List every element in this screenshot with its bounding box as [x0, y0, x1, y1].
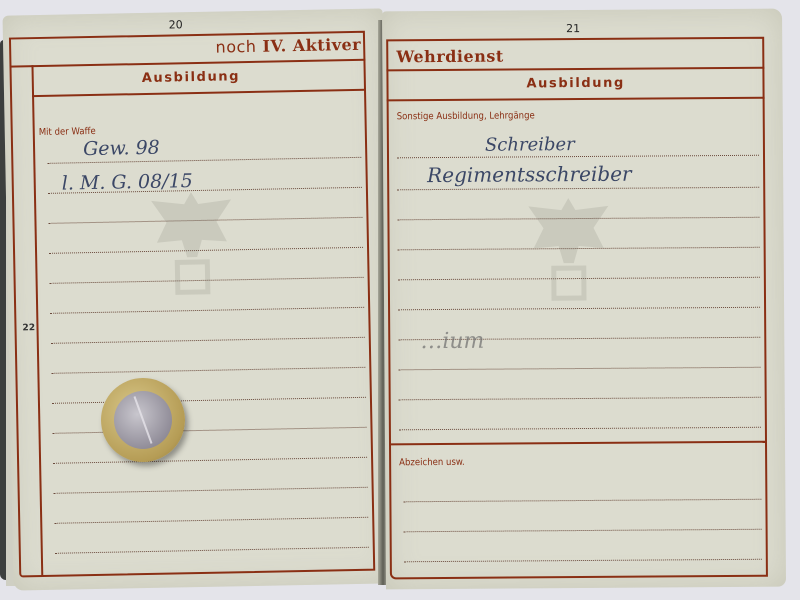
field-label-badges: Abzeichen usw.	[399, 457, 465, 468]
eagle-watermark-icon	[513, 188, 624, 309]
field-label-weapon: Mit der Waffe	[39, 126, 96, 138]
left-page: 20 noch IV. Aktiver Ausbildung Mit der W…	[3, 8, 394, 590]
right-page: 21 Wehrdienst Ausbildung Sonstige Ausbil…	[382, 9, 786, 590]
field-label-other-training: Sonstige Ausbildung, Lehrgänge	[397, 110, 535, 122]
coin-relief	[134, 396, 153, 444]
header-title: IV. Aktiver	[262, 35, 361, 56]
margin-number: 22	[22, 323, 35, 333]
page-number: 20	[169, 18, 183, 31]
pencil-mark: …ium	[420, 329, 484, 354]
page-header-title: Wehrdienst	[396, 47, 504, 67]
euro-coin	[101, 378, 185, 462]
handwritten-entry: Gew. 98	[83, 137, 160, 160]
section-title: Ausbildung	[142, 69, 241, 86]
page-frame	[9, 31, 375, 578]
open-booklet: 20 noch IV. Aktiver Ausbildung Mit der W…	[0, 0, 800, 600]
header-prefix: noch	[215, 37, 256, 57]
handwritten-entry: Regimentsschreiber	[427, 162, 632, 187]
handwritten-entry: Schreiber	[485, 134, 575, 156]
section-title: Ausbildung	[526, 76, 625, 92]
page-number: 21	[566, 22, 580, 35]
page-header: noch IV. Aktiver	[215, 35, 361, 57]
eagle-watermark-icon	[136, 181, 248, 303]
coin-center	[114, 391, 172, 449]
